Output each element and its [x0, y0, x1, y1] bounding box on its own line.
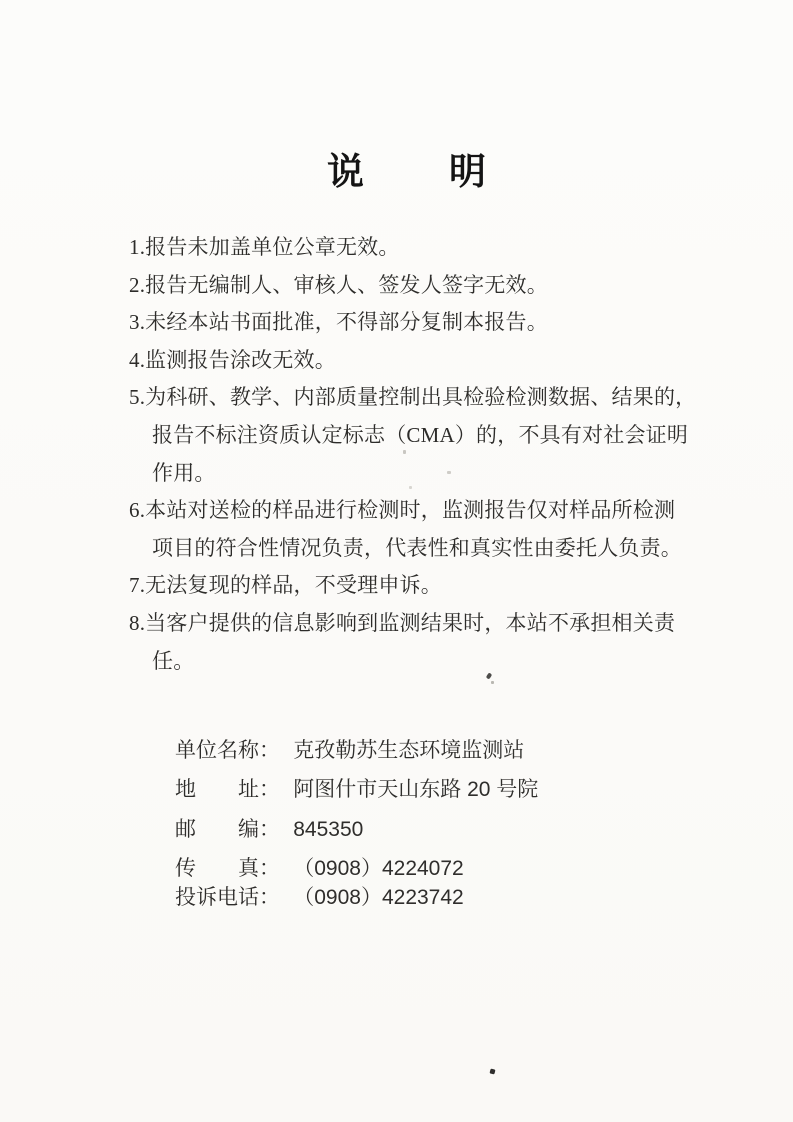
page-title: 说明: [327, 150, 571, 194]
org-name-value: 克孜勒苏生态环境监测站: [293, 732, 524, 770]
complaint-phone-value: （0908）4223742: [293, 879, 463, 917]
contact-block: 单位名称： 克孜勒苏生态环境监测站 地 址： 阿图什市天山东路 20 号院 邮 …: [175, 731, 538, 917]
postcode-value: 845350: [293, 811, 363, 849]
note-line-6-cont: 项目的符合性情况负责，代表性和真实性由委托人负责。: [129, 530, 709, 568]
scan-speck: [491, 681, 494, 684]
note-line-1: 1.报告未加盖单位公章无效。: [129, 229, 709, 267]
note-line-4: 4.监测报告涂改无效。: [129, 342, 709, 380]
postcode-label: 邮 编：: [175, 810, 280, 848]
document-page: 说明 1.报告未加盖单位公章无效。 2.报告无编制人、审核人、签发人签字无效。 …: [0, 0, 793, 1122]
notes-list: 1.报告未加盖单位公章无效。 2.报告无编制人、审核人、签发人签字无效。 3.未…: [129, 229, 709, 680]
note-line-8-cont: 任。: [129, 643, 709, 681]
note-line-3: 3.未经本站书面批准，不得部分复制本报告。: [129, 304, 709, 342]
note-line-5: 5.为科研、教学、内部质量控制出具检验检测数据、结果的，: [129, 379, 709, 417]
note-line-6: 6.本站对送检的样品进行检测时，监测报告仅对样品所检测: [129, 492, 709, 530]
note-line-8: 8.当客户提供的信息影响到监测结果时，本站不承担相关责: [129, 605, 709, 643]
address-value: 阿图什市天山东路 20 号院: [293, 771, 538, 809]
address-label: 地 址：: [175, 770, 280, 808]
contact-row-address: 地 址： 阿图什市天山东路 20 号院: [175, 770, 538, 809]
note-line-5-cont2: 作用。: [129, 455, 709, 493]
note-line-5-cont: 报告不标注资质认定标志（CMA）的，不具有对社会证明: [129, 417, 709, 455]
note-line-7: 7.无法复现的样品，不受理申诉。: [129, 567, 709, 605]
scan-speck: [489, 1068, 495, 1074]
note-line-2: 2.报告无编制人、审核人、签发人签字无效。: [129, 267, 709, 305]
org-name-label: 单位名称：: [175, 731, 280, 769]
contact-row-org-name: 单位名称： 克孜勒苏生态环境监测站: [175, 731, 538, 770]
contact-row-complaint-phone: 投诉电话： （0908）4223742: [175, 878, 538, 917]
contact-row-postcode: 邮 编： 845350: [175, 810, 538, 849]
complaint-phone-label: 投诉电话：: [175, 878, 280, 916]
